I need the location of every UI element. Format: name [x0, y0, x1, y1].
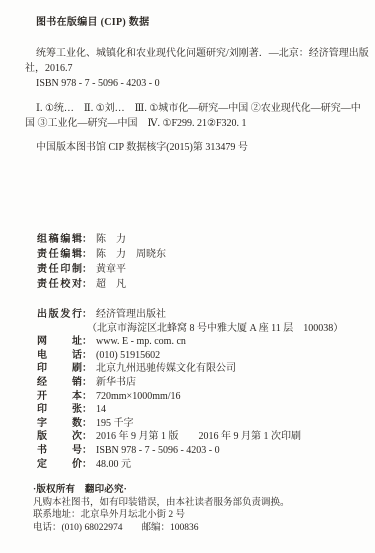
- publication-row: 印刷：北京九州迅驰传媒文化有限公司: [37, 362, 343, 376]
- colon: ：: [82, 363, 92, 374]
- colophon-block: ·版权所有 翻印必究· 凡购本社图书，如有印装错误，由本社读者服务部负责调换。 …: [33, 484, 290, 534]
- editor-role-label: 组稿编辑: [37, 232, 82, 247]
- publication-field-label: 定价: [37, 458, 82, 472]
- publication-field-value: 720mm×1000mm/16: [96, 391, 181, 402]
- colon: ：: [82, 377, 92, 388]
- editor-name: 超 凡: [96, 279, 126, 290]
- publication-field-label: 字数: [37, 417, 82, 431]
- colon: ：: [82, 391, 92, 402]
- exchange-notice: 凡购本社图书，如有印装错误，由本社读者服务部负责调换。: [33, 497, 290, 510]
- editor-row: 责任印制：黄章平: [37, 262, 166, 277]
- contact-address: 联系地址：北京阜外月坛北小街 2 号: [33, 509, 290, 522]
- editor-name: 黄章平: [96, 264, 126, 275]
- colon: ：: [82, 431, 92, 442]
- publication-row: 电话：(010) 51915602: [37, 349, 343, 363]
- editor-name: 陈 力 周晓东: [96, 249, 166, 260]
- publication-field-value: ISBN 978 - 7 - 5096 - 4203 - 0: [96, 445, 220, 456]
- editor-role-label: 责任校对: [37, 277, 82, 292]
- publication-row: 开本：720mm×1000mm/16: [37, 390, 343, 404]
- cip-classification: Ⅰ. ①统… Ⅱ. ①刘… Ⅲ. ①城市化—研究—中国 ②农业现代化—研究—中 …: [25, 101, 370, 131]
- cip-entry: 统筹工业化、城镇化和农业现代化问题研究/刘刚著．—北京：经济管理出版 社，201…: [25, 46, 370, 91]
- publication-rows: 网址：www. E - mp. com. cn 电话：(010) 5191560…: [37, 335, 343, 471]
- publication-field-value: 14: [96, 404, 106, 415]
- publication-row: 印张：14: [37, 403, 343, 417]
- cip-block: 图书在版编目 (CIP) 数据 统筹工业化、城镇化和农业现代化问题研究/刘刚著．…: [25, 16, 370, 155]
- publication-block: 出版发行：经济管理出版社 （北京市海淀区北蜂窝 8 号中雅大厦 A 座 11 层…: [37, 308, 343, 471]
- publication-field-value: 48.00 元: [96, 459, 131, 470]
- publisher-name: 经济管理出版社: [96, 309, 166, 320]
- publication-field-value: 新华书店: [96, 377, 136, 388]
- publication-row: 定价：48.00 元: [37, 458, 343, 472]
- editor-name: 陈 力: [96, 234, 126, 245]
- publication-field-value: 北京九州迅驰传媒文化有限公司: [96, 363, 236, 374]
- publication-row: 字数：195 千字: [37, 417, 343, 431]
- editor-row: 责任校对：超 凡: [37, 277, 166, 292]
- publication-field-value: www. E - mp. com. cn: [96, 336, 186, 347]
- editor-row: 组稿编辑：陈 力: [37, 232, 166, 247]
- colon: ：: [82, 264, 92, 275]
- publication-field-value: 2016 年 9 月第 1 版 2016 年 9 月第 1 次印刷: [96, 431, 301, 442]
- colon: ：: [82, 350, 92, 361]
- publisher-address: （北京市海淀区北蜂窝 8 号中雅大厦 A 座 11 层 100038）: [37, 322, 343, 336]
- colon: ：: [82, 445, 92, 456]
- publication-field-label: 书号: [37, 444, 82, 458]
- copyright-page: 图书在版编目 (CIP) 数据 统筹工业化、城镇化和农业现代化问题研究/刘刚著．…: [0, 0, 375, 553]
- colon: ：: [82, 309, 92, 320]
- cip-heading: 图书在版编目 (CIP) 数据: [25, 16, 370, 30]
- book-title-line: 统筹工业化、城镇化和农业现代化问题研究/刘刚著．—北京：经济管理出版: [25, 46, 370, 61]
- publication-field-value: (010) 51915602: [96, 350, 160, 361]
- publication-field-label: 网址: [37, 335, 82, 349]
- copyright-notice: ·版权所有 翻印必究·: [33, 484, 290, 497]
- publication-field-label: 经销: [37, 376, 82, 390]
- publication-row: 版次：2016 年 9 月第 1 版 2016 年 9 月第 1 次印刷: [37, 430, 343, 444]
- publisher-label: 出版发行: [37, 308, 82, 322]
- editor-role-label: 责任印制: [37, 262, 82, 277]
- classification-line-2: 国 ③工业化—研究—中国 Ⅳ. ①F299. 21②F320. 1: [25, 116, 370, 131]
- editors-block: 组稿编辑：陈 力 责任编辑：陈 力 周晓东 责任印制：黄章平 责任校对：超 凡: [37, 232, 166, 292]
- publication-row: 书号：ISBN 978 - 7 - 5096 - 4203 - 0: [37, 444, 343, 458]
- publication-field-label: 电话: [37, 349, 82, 363]
- editor-role-label: 责任编辑: [37, 247, 82, 262]
- colon: ：: [82, 234, 92, 245]
- colon: ：: [82, 418, 92, 429]
- colon: ：: [82, 249, 92, 260]
- publication-field-label: 印刷: [37, 362, 82, 376]
- editor-row: 责任编辑：陈 力 周晓东: [37, 247, 166, 262]
- colon: ：: [82, 336, 92, 347]
- publication-field-label: 开本: [37, 390, 82, 404]
- publication-row: 经销：新华书店: [37, 376, 343, 390]
- publication-field-label: 印张: [37, 403, 82, 417]
- classification-line-1: Ⅰ. ①统… Ⅱ. ①刘… Ⅲ. ①城市化—研究—中国 ②农业现代化—研究—中: [25, 101, 370, 116]
- publisher-row: 出版发行：经济管理出版社: [37, 308, 343, 322]
- publication-field-value: 195 千字: [96, 418, 134, 429]
- colon: ：: [82, 404, 92, 415]
- colon: ：: [82, 279, 92, 290]
- book-title-line-2: 社，2016.7: [25, 61, 370, 76]
- publication-field-label: 版次: [37, 430, 82, 444]
- cip-record-number: 中国版本图书馆 CIP 数据核字(2015)第 313479 号: [25, 140, 370, 155]
- colon: ：: [82, 459, 92, 470]
- publication-row: 网址：www. E - mp. com. cn: [37, 335, 343, 349]
- isbn-line: ISBN 978 - 7 - 5096 - 4203 - 0: [25, 76, 370, 91]
- contact-phone-postcode: 电话：(010) 68022974 邮编：100836: [33, 522, 290, 535]
